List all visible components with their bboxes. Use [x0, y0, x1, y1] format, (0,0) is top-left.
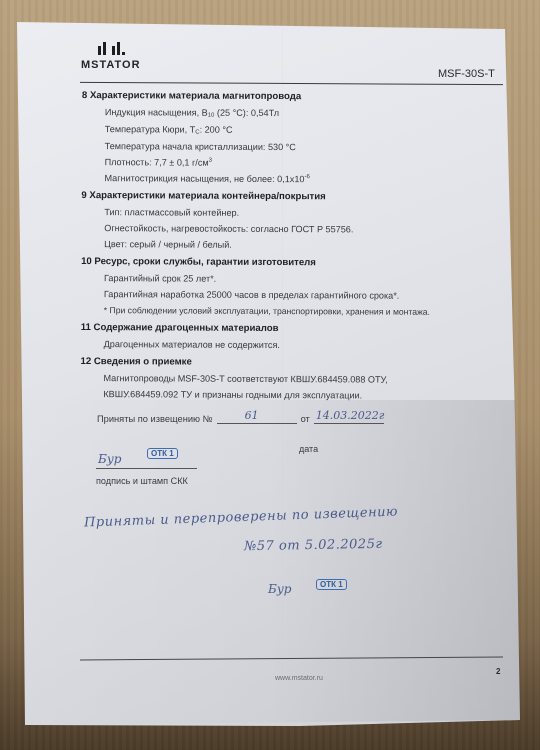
section-8-title: 8 Характеристики материала магнитопровод…: [82, 90, 502, 103]
model-code: MSF-30S-T: [438, 68, 495, 80]
acceptance-date: 14.03.2022г: [316, 409, 385, 422]
precious-metals: Драгоценных материалов не содержится.: [81, 339, 501, 351]
signature-caption: подпись и штамп СКК: [96, 476, 188, 486]
warranty-hours: Гарантийная наработка 25000 часов в пред…: [81, 289, 501, 301]
date-field: 14.03.2022г: [314, 410, 384, 424]
footer-url: www.mstator.ru: [275, 675, 323, 682]
otk-stamp: ОТК 1: [147, 448, 178, 459]
curie-temperature: Температура Кюри, TC: 200 °C: [82, 124, 502, 137]
page-number: 2: [496, 667, 500, 676]
brand-name: MSTATOR: [81, 59, 141, 71]
paper-shadow: [0, 400, 540, 730]
warranty-footnote: * При соблюдении условий эксплуатации, т…: [81, 305, 501, 317]
acceptance-notice-row: Приняты по извещению № 61 от 14.03.2022г: [97, 410, 384, 424]
notice-number: 61: [245, 409, 259, 422]
saturation-induction: Индукция насыщения, B10 (25 °C): 0,54Тл: [82, 107, 502, 120]
logo-mark-icon: [98, 41, 141, 55]
section-10-title: 10 Ресурс, сроки службы, гарантии изгото…: [81, 256, 501, 269]
recheck-signature: Бур: [268, 582, 291, 596]
recheck-otk-stamp: ОТК 1: [316, 579, 347, 590]
document-body: 8 Характеристики материала магнитопровод…: [80, 86, 502, 401]
section-12-title: 12 Сведения о приемке: [81, 356, 501, 369]
brand-logo: MSTATOR: [81, 41, 141, 71]
handwritten-note-line-2: №57 от 5.02.2025г: [244, 537, 383, 554]
inspector-signature: Бур: [98, 452, 121, 466]
crystallization-temperature: Температура начала кристаллизации: 530 °…: [82, 141, 502, 153]
section-9-title: 9 Характеристики материала контейнера/по…: [81, 190, 501, 203]
acceptance-statement-line-1: Магнитопроводы MSF-30S-T соответствуют К…: [80, 373, 500, 385]
fire-resistance: Огнестойкость, нагревостойкость: согласн…: [81, 223, 501, 235]
container-type: Тип: пластмассовый контейнер.: [81, 207, 501, 219]
section-11-title: 11 Содержание драгоценных материалов: [81, 322, 501, 335]
signature-line: [96, 468, 197, 469]
notice-number-field: 61: [217, 410, 297, 424]
date-caption: дата: [299, 444, 318, 454]
magnetostriction: Магнитострикция насыщения, не более: 0,1…: [81, 173, 501, 185]
container-color: Цвет: серый / черный / белый.: [81, 239, 501, 251]
density: Плотность: 7,7 ± 0,1 г/см3: [82, 157, 502, 169]
warranty-period: Гарантийный срок 25 лет*.: [81, 273, 501, 285]
from-label: от: [301, 414, 310, 424]
notice-label: Приняты по извещению №: [97, 414, 213, 424]
